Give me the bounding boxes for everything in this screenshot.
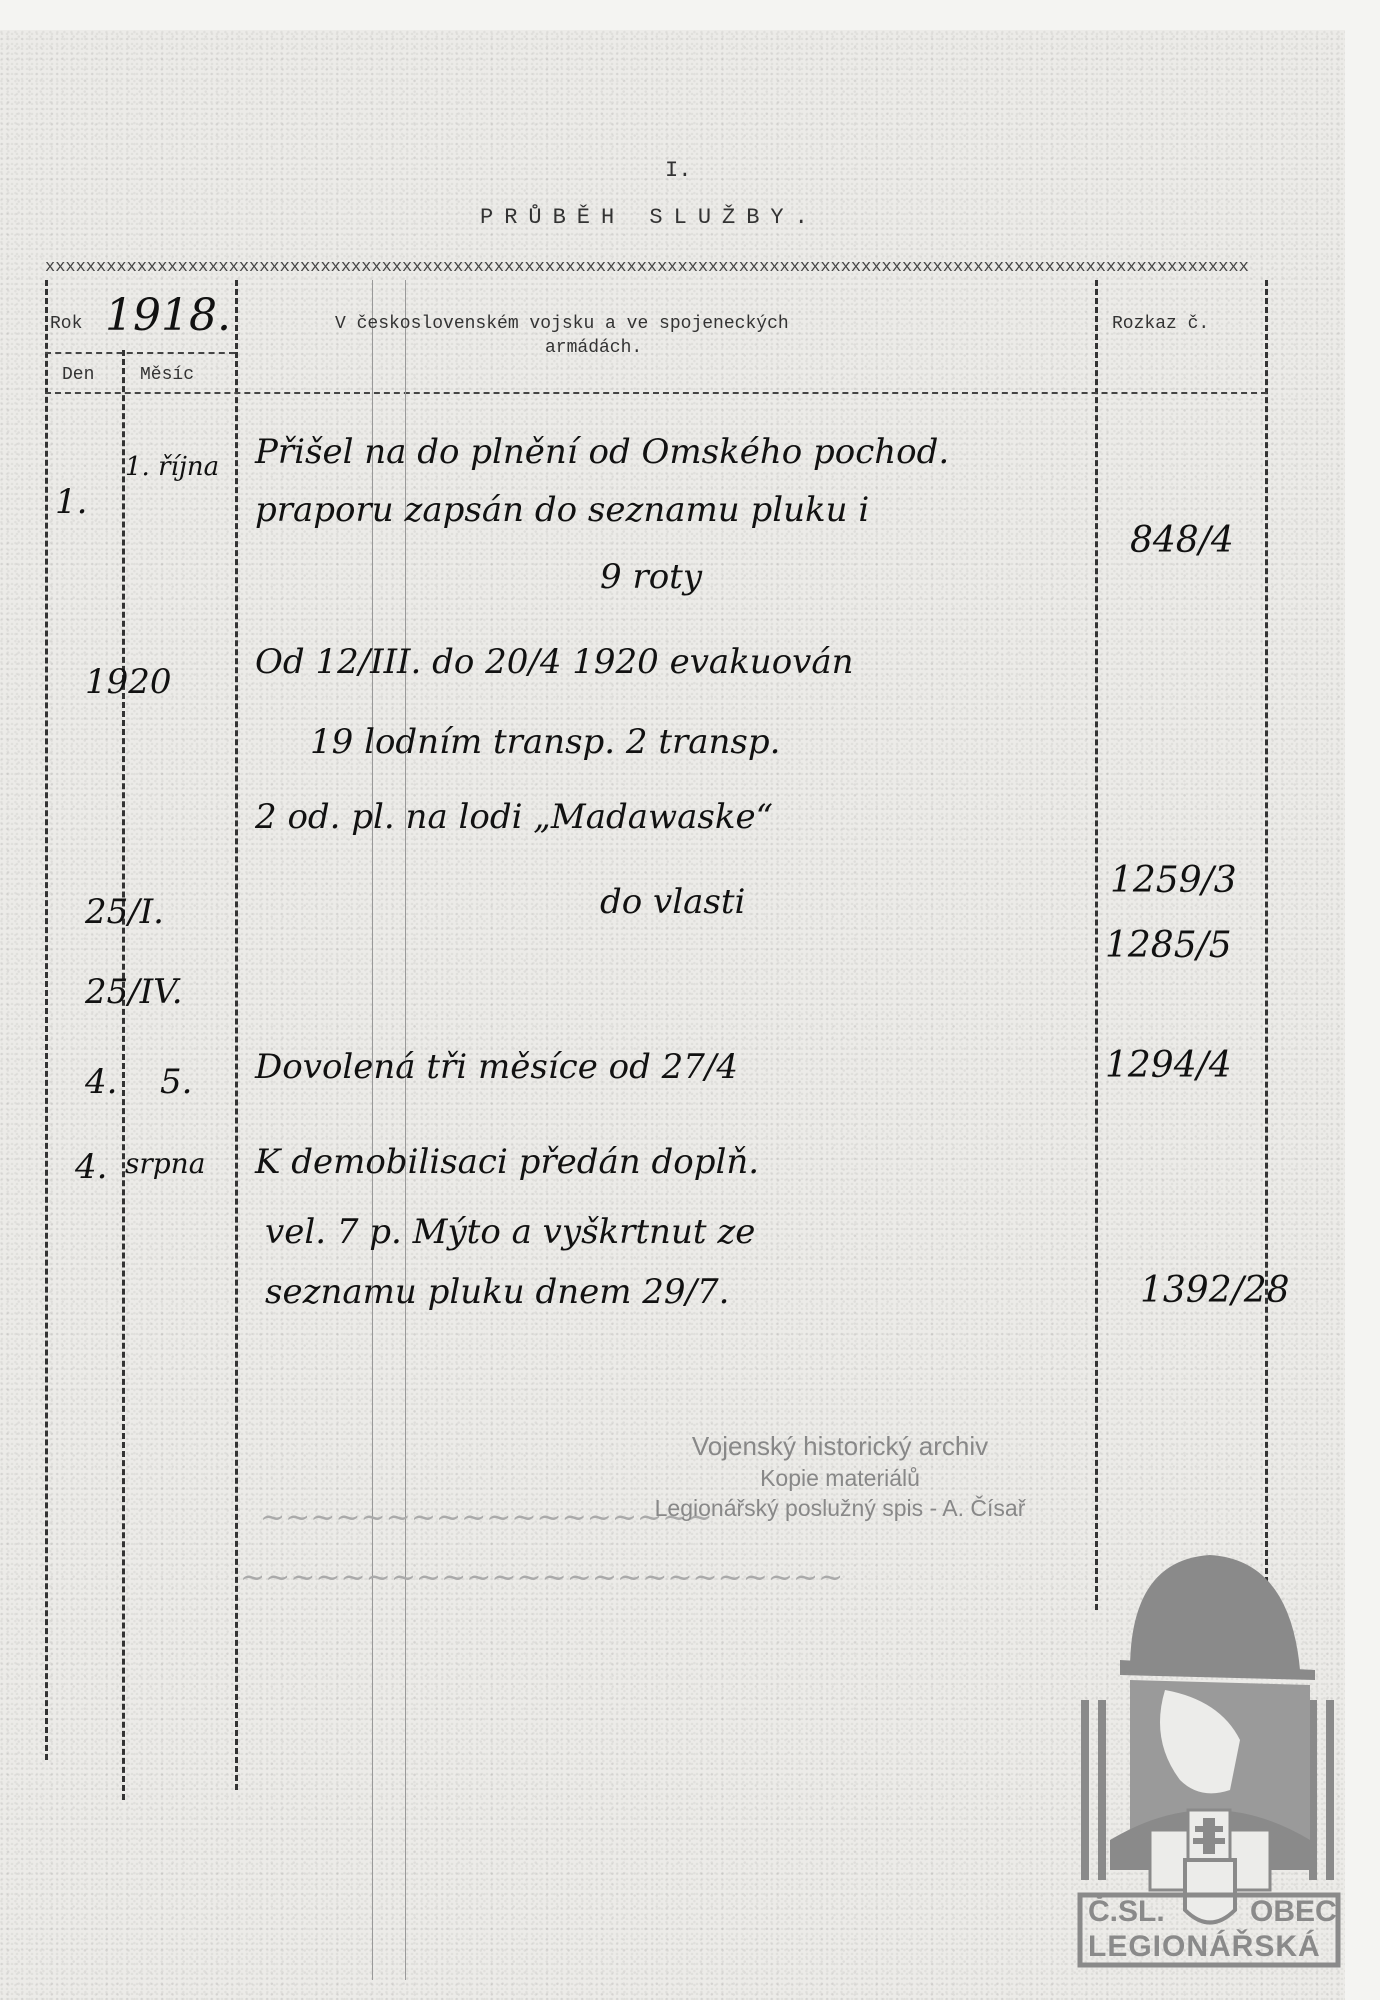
rok-divider — [45, 352, 235, 354]
typed-x-separator: xxxxxxxxxxxxxxxxxxxxxxxxxxxxxxxxxxxxxxxx… — [45, 258, 1270, 277]
entry-2-text-line3: 2 od. pl. na lodi „Madawaske“ — [255, 795, 773, 841]
entry-1-order: 848/4 — [1130, 520, 1234, 561]
order-header-label: Rozkaz č. — [1112, 314, 1209, 334]
logo-text-legionarska: LEGIONÁŘSKÁ — [1088, 1930, 1321, 1964]
scan-guide-line — [405, 280, 406, 1980]
entry-5-order: 1294/4 — [1105, 1045, 1232, 1086]
entry-1-den: 1. — [55, 480, 87, 526]
entry-6-den: 4. — [75, 1145, 107, 1191]
rok-value: 1918. — [105, 290, 231, 341]
entry-6-text-line2: vel. 7 p. Mýto a vyškrtnut ze — [265, 1210, 755, 1256]
entry-3-den: 25/I. — [85, 890, 164, 936]
mesic-label: Měsíc — [140, 365, 194, 385]
entry-1-text-line3: 9 roty — [600, 555, 702, 601]
bleed-through-text: ~~~~~~~~~~~~~~~~~~~~~~~~ — [240, 1560, 843, 1595]
stamp-line-1: Vojenský historický archiv — [640, 1430, 1040, 1464]
archive-stamp: Vojenský historický archiv Kopie materiá… — [640, 1430, 1040, 1524]
stamp-line-3: Legionářský poslužný spis - A. Čísař — [640, 1494, 1040, 1524]
entry-2-den: 1920 — [85, 660, 172, 706]
entry-6-order: 1392/28 — [1140, 1270, 1290, 1311]
entry-5-mesic: 5. — [160, 1060, 192, 1106]
logo-text-obec: OBEC — [1250, 1895, 1337, 1929]
entry-5-text-line1: Dovolená tři měsíce od 27/4 — [255, 1045, 738, 1091]
main-header-line1: V československém vojsku a ve spojenecký… — [335, 314, 789, 334]
entry-6-text-line1: K demobilisaci předán doplň. — [255, 1140, 759, 1186]
order-column-divider — [1095, 280, 1098, 1610]
entry-4-den: 25/IV. — [85, 970, 183, 1016]
logo-text-csl: Č.SL. — [1088, 1895, 1165, 1929]
section-number: I. — [665, 158, 691, 183]
main-header-line2: armádách. — [545, 338, 642, 358]
section-title: PRŮBĚH SLUŽBY. — [480, 205, 819, 230]
entry-5-den: 4. — [85, 1060, 117, 1106]
entry-2-order: 1259/3 — [1110, 860, 1237, 901]
den-label: Den — [62, 365, 94, 385]
entry-1-text-line1: Přišel na do plnění od Omského pochod. — [255, 430, 949, 476]
csl-obec-legionarska-logo: Č.SL. OBEC LEGIONÁŘSKÁ — [1070, 1540, 1345, 1970]
entry-6-text-line3: seznamu pluku dnem 29/7. — [265, 1270, 729, 1316]
entry-3-order: 1285/5 — [1105, 925, 1232, 966]
entry-2-text-line4: do vlasti — [600, 880, 745, 926]
stamp-line-2: Kopie materiálů — [640, 1464, 1040, 1494]
entry-1-mesic: 1. října — [125, 450, 219, 485]
rok-label: Rok — [50, 314, 82, 334]
entry-6-mesic: srpna — [125, 1145, 205, 1183]
entry-2-text-line1: Od 12/III. do 20/4 1920 evakuován — [255, 640, 854, 686]
table-right-border — [1265, 280, 1268, 1610]
scan-guide-line — [372, 280, 373, 1980]
entry-2-text-line2: 19 lodním transp. 2 transp. — [310, 720, 780, 766]
entry-1-text-line2: praporu zapsán do seznamu pluku i — [255, 488, 869, 534]
table-left-border — [45, 280, 48, 1760]
header-bottom-rule — [45, 392, 1267, 394]
mesic-column-divider — [235, 280, 238, 1790]
den-column-divider — [122, 350, 125, 1800]
